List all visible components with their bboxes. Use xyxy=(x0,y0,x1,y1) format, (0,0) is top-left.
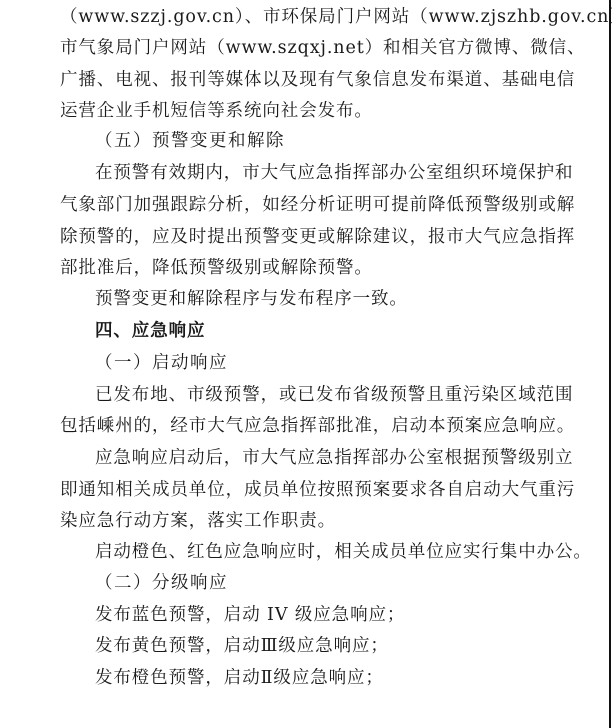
paragraph-line: 市气象局门户网站（www.szqxj.net）和相关官方微博、微信、 xyxy=(60,33,558,64)
paragraph-line: 已发布地、市级预警，或已发布省级预警且重污染区域范围 xyxy=(95,380,558,411)
paragraph-line: 即通知相关成员单位，成员单位按照预案要求各自启动大气重污 xyxy=(60,475,558,506)
list-item: 发布橙色预警，启动Ⅱ级应急响应； xyxy=(95,663,558,694)
paragraph-line: 包括嵊州的，经市大气应急指挥部批准，启动本预案应急响应。 xyxy=(60,411,558,442)
section-heading-5: （五）预警变更和解除 xyxy=(95,126,558,157)
paragraph-line: 广播、电视、报刊等媒体以及现有气象信息发布渠道、基础电信 xyxy=(60,65,558,96)
chapter-heading-4: 四、应急响应 xyxy=(95,316,558,347)
page-edge-divider xyxy=(609,0,611,728)
list-item: 发布蓝色预警，启动 IV 级应急响应； xyxy=(95,600,558,631)
paragraph-line: 启动橙色、红色应急响应时，相关成员单位应实行集中办公。 xyxy=(95,537,558,568)
paragraph-line: （www.szzj.gov.cn）、市环保局门户网站（www.zjszhb.go… xyxy=(60,2,558,33)
paragraph-line: 除预警的，应及时提出预警变更或解除建议，报市大气应急指挥 xyxy=(60,222,558,253)
paragraph-line: 在预警有效期内，市大气应急指挥部办公室组织环境保护和 xyxy=(95,158,558,189)
paragraph-line: 染应急行动方案，落实工作职责。 xyxy=(60,506,558,537)
list-item: 发布黄色预警，启动Ⅲ级应急响应； xyxy=(95,631,558,662)
paragraph-line: 气象部门加强跟踪分析，如经分析证明可提前降低预警级别或解 xyxy=(60,190,558,221)
document-page: （www.szzj.gov.cn）、市环保局门户网站（www.zjszhb.go… xyxy=(0,0,612,728)
section-heading-1: （一）启动响应 xyxy=(95,348,558,379)
section-heading-2: （二）分级响应 xyxy=(95,568,558,599)
paragraph-line: 应急响应启动后，市大气应急指挥部办公室根据预警级别立 xyxy=(95,443,558,474)
paragraph-line: 部批准后，降低预警级别或解除预警。 xyxy=(60,253,558,284)
paragraph-line: 运营企业手机短信等系统向社会发布。 xyxy=(60,96,558,127)
paragraph-line: 预警变更和解除程序与发布程序一致。 xyxy=(95,284,558,315)
